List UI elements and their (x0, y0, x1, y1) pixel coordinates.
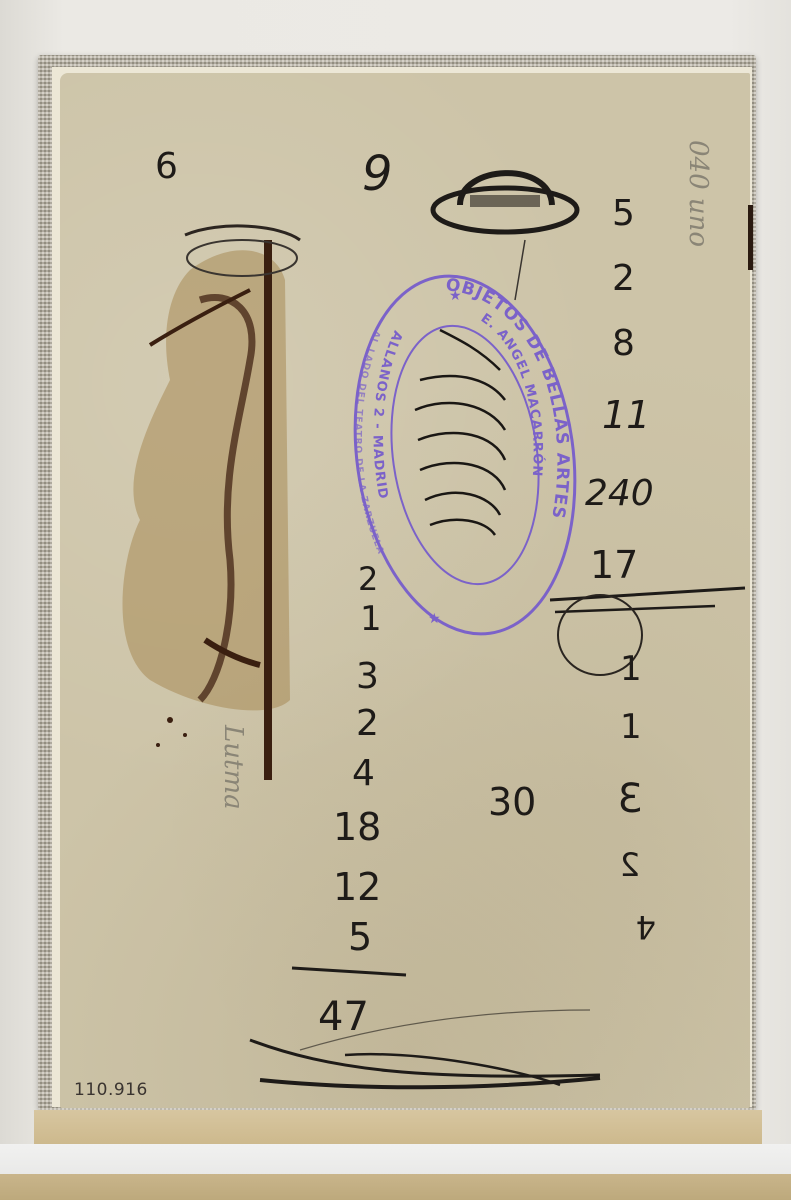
svg-text:2: 2 (620, 846, 640, 884)
svg-text:240: 240 (585, 473, 654, 514)
svg-text:8: 8 (612, 323, 635, 364)
number-top-center: 9 (362, 146, 393, 202)
svg-text:5: 5 (612, 193, 635, 234)
svg-text:5: 5 (348, 915, 372, 959)
svg-text:OBJETOS DE BELLAS ARTES: OBJETOS DE BELLAS ARTES (444, 275, 572, 521)
number-top-left: 6 (155, 146, 178, 187)
stamp-inner-text-2: ALLANOS 2 - MADRID (370, 328, 405, 501)
svg-text:2: 2 (612, 258, 635, 299)
number-thirty: 30 (488, 780, 536, 824)
inventory-number: 110.916 (74, 1080, 148, 1100)
faint-edge-text: 040 uno (683, 140, 713, 247)
stamp-outer-text: OBJETOS DE BELLAS ARTES (444, 275, 572, 521)
stamp-star-icon: ★ (428, 611, 441, 627)
svg-text:12: 12 (333, 865, 381, 909)
svg-text:2: 2 (356, 703, 379, 744)
svg-text:ALLANOS 2 - MADRID: ALLANOS 2 - MADRID (370, 328, 405, 501)
svg-text:4: 4 (352, 753, 375, 794)
svg-text:17: 17 (590, 543, 638, 587)
ink-wash-figure (123, 226, 301, 780)
svg-text:1: 1 (620, 707, 642, 747)
svg-text:1: 1 (620, 649, 642, 689)
sketch-artwork: OBJETOS DE BELLAS ARTES E. ANGEL MACARRÓ… (0, 0, 791, 1200)
svg-text:3: 3 (356, 656, 379, 697)
svg-text:4: 4 (636, 908, 656, 946)
sum-total: 47 (318, 994, 369, 1040)
stamp-star-icon: ★ (449, 288, 462, 304)
svg-text:18: 18 (333, 805, 381, 849)
script-note: Lutma (218, 724, 248, 810)
svg-text:2: 2 (358, 560, 378, 598)
svg-text:1: 1 (360, 599, 382, 639)
svg-text:11: 11 (602, 393, 650, 437)
svg-text:3: 3 (618, 776, 643, 822)
